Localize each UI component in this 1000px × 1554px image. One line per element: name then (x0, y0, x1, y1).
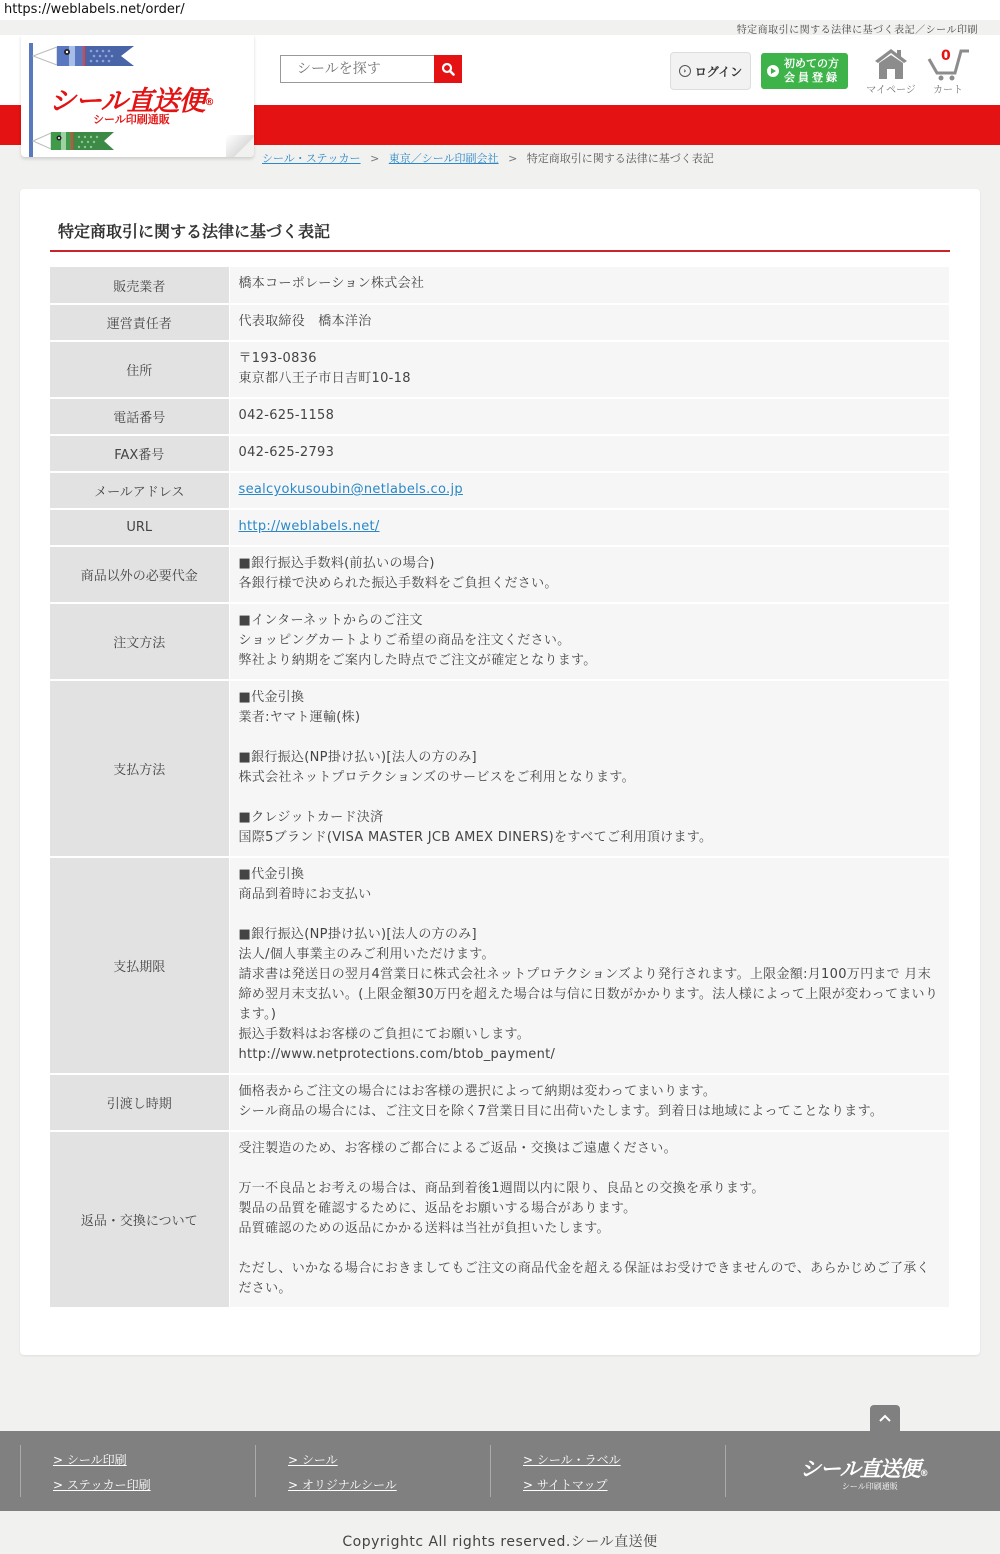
footer-link-seal[interactable]: > シール (288, 1448, 490, 1473)
footer-column: > シール > オリジナルシール (255, 1445, 490, 1497)
row-value: 受注製造のため、お客様のご都合によるご返品・交換はご遠慮ください。 万一不良品と… (229, 1131, 949, 1308)
row-value: ■代金引換 商品到着時にお支払い ■銀行振込(NP掛け払い)[法人の方のみ] 法… (229, 857, 949, 1074)
row-label: 商品以外の必要代金 (50, 546, 229, 603)
table-row: 支払方法 ■代金引換 業者:ヤマト運輸(株) ■銀行振込(NP掛け払い)[法人の… (50, 680, 949, 857)
page-curl-decoration (226, 135, 254, 157)
home-icon (873, 47, 909, 81)
row-value: sealcyokusoubin@netlabels.co.jp (229, 472, 949, 509)
row-label: メールアドレス (50, 472, 229, 509)
cart-button[interactable]: 0 カート (928, 47, 968, 96)
row-value: 代表取締役 橋本洋治 (229, 304, 949, 341)
row-label: 注文方法 (50, 603, 229, 680)
mypage-button[interactable]: マイページ (866, 47, 916, 96)
footer-link-sticker-printing[interactable]: > ステッカー印刷 (53, 1473, 255, 1498)
cart-label: カート (933, 81, 963, 96)
table-row: 商品以外の必要代金 ■銀行振込手数料(前払いの場合) 各銀行様で決められた振込手… (50, 546, 949, 603)
row-value: 〒193-0836 東京都八王子市日吉町10-18 (229, 341, 949, 398)
copyright-text: Copyrightc All rights reserved.シール直送便 (0, 1531, 1000, 1551)
footer-divider (725, 1445, 726, 1497)
table-row: URL http://weblabels.net/ (50, 509, 949, 546)
row-value: 橋本コーポレーション株式会社 (229, 267, 949, 304)
mypage-label: マイページ (866, 81, 916, 96)
table-row: 電話番号 042-625-1158 (50, 398, 949, 435)
footer-logo[interactable]: シール直送便® シール印刷通販 (800, 1453, 928, 1492)
page-title: 特定商取引に関する法律に基づく表記 (58, 219, 330, 242)
chevron-up-icon (878, 1413, 892, 1423)
row-value: http://weblabels.net/ (229, 509, 949, 546)
site-footer: > シール印刷 > ステッカー印刷 > シール > オリジナルシール > シール… (0, 1431, 1000, 1511)
carp-streamer-blue-icon (29, 43, 134, 69)
logo-subtitle: シール印刷通販 (93, 111, 170, 127)
table-row: FAX番号 042-625-2793 (50, 435, 949, 472)
footer-column: > シール・ラベル > サイトマップ (490, 1445, 725, 1497)
row-label: 販売業者 (50, 267, 229, 304)
table-row: メールアドレス sealcyokusoubin@netlabels.co.jp (50, 472, 949, 509)
table-row: 支払期限 ■代金引換 商品到着時にお支払い ■銀行振込(NP掛け払い)[法人の方… (50, 857, 949, 1074)
login-label: ログイン (695, 63, 742, 80)
breadcrumb-current: 特定商取引に関する法律に基づく表記 (527, 152, 714, 165)
row-value: 価格表からご注文の場合にはお客様の選択によって納期は変わってまいります。 シール… (229, 1074, 949, 1131)
table-row: 運営責任者 代表取締役 橋本洋治 (50, 304, 949, 341)
row-label: 支払方法 (50, 680, 229, 857)
row-label: 引渡し時期 (50, 1074, 229, 1131)
footer-column: > シール印刷 > ステッカー印刷 (20, 1445, 255, 1497)
breadcrumb-link-seal-sticker[interactable]: シール・ステッカー (262, 152, 361, 165)
breadcrumb: シール・ステッカー > 東京／シール印刷会社 > 特定商取引に関する法律に基づく… (262, 150, 714, 166)
breadcrumb-separator: > (508, 152, 517, 165)
table-row: 販売業者 橋本コーポレーション株式会社 (50, 267, 949, 304)
search-form (280, 55, 462, 83)
register-label: 初めての方 会員登録 (784, 57, 840, 85)
top-tagline-bar: 特定商取引に関する法律に基づく表記／シール印刷 (0, 20, 1000, 35)
row-label: 支払期限 (50, 857, 229, 1074)
content-card: 特定商取引に関する法律に基づく表記 販売業者 橋本コーポレーション株式会社 運営… (20, 189, 980, 1355)
site-logo[interactable]: シール直送便® シール印刷通販 (21, 35, 254, 157)
legal-info-table: 販売業者 橋本コーポレーション株式会社 運営責任者 代表取締役 橋本洋治 住所 … (50, 267, 949, 1309)
table-row: 引渡し時期 価格表からご注文の場合にはお客様の選択によって納期は変わってまいりま… (50, 1074, 949, 1131)
row-label: 運営責任者 (50, 304, 229, 341)
row-label: URL (50, 509, 229, 546)
cart-count-badge: 0 (941, 48, 951, 64)
search-icon (441, 62, 455, 76)
table-row: 注文方法 ■インターネットからのご注文 ショッピングカートよりご希望の商品を注文… (50, 603, 949, 680)
back-to-top-button[interactable] (870, 1405, 900, 1431)
row-value: ■代金引換 業者:ヤマト運輸(株) ■銀行振込(NP掛け払い)[法人の方のみ] … (229, 680, 949, 857)
search-button[interactable] (434, 55, 462, 83)
chevron-right-circle-icon: › (679, 65, 691, 77)
breadcrumb-separator: > (370, 152, 379, 165)
phone-value: 042-625-1158 (229, 398, 949, 435)
search-input[interactable] (280, 55, 435, 83)
row-value: ■銀行振込手数料(前払いの場合) 各銀行様で決められた振込手数料をご負担ください… (229, 546, 949, 603)
row-label: FAX番号 (50, 435, 229, 472)
footer-link-sitemap[interactable]: > サイトマップ (523, 1473, 725, 1498)
table-row: 返品・交換について 受注製造のため、お客様のご都合によるご返品・交換はご遠慮くだ… (50, 1131, 949, 1308)
login-button[interactable]: › ログイン (670, 52, 751, 90)
register-button[interactable]: 初めての方 会員登録 (761, 53, 848, 89)
footer-logo-wordmark: シール直送便® (800, 1453, 928, 1483)
fax-value: 042-625-2793 (229, 435, 949, 472)
footer-link-seal-label[interactable]: > シール・ラベル (523, 1448, 725, 1473)
breadcrumb-link-tokyo[interactable]: 東京／シール印刷会社 (389, 152, 499, 165)
table-row: 住所 〒193-0836 東京都八王子市日吉町10-18 (50, 341, 949, 398)
row-label: 返品・交換について (50, 1131, 229, 1308)
play-circle-icon (767, 65, 779, 77)
website-link[interactable]: http://weblabels.net/ (239, 519, 380, 534)
email-link[interactable]: sealcyokusoubin@netlabels.co.jp (239, 482, 463, 497)
title-divider (50, 250, 950, 252)
carp-streamer-green-icon (29, 130, 114, 152)
site-tagline: 特定商取引に関する法律に基づく表記／シール印刷 (737, 21, 978, 36)
browser-url-bar[interactable]: https://weblabels.net/order/ (0, 0, 1000, 20)
footer-link-original-seal[interactable]: > オリジナルシール (288, 1473, 490, 1498)
row-label: 住所 (50, 341, 229, 398)
row-label: 電話番号 (50, 398, 229, 435)
footer-link-seal-printing[interactable]: > シール印刷 (53, 1448, 255, 1473)
row-value: ■インターネットからのご注文 ショッピングカートよりご希望の商品を注文ください。… (229, 603, 949, 680)
